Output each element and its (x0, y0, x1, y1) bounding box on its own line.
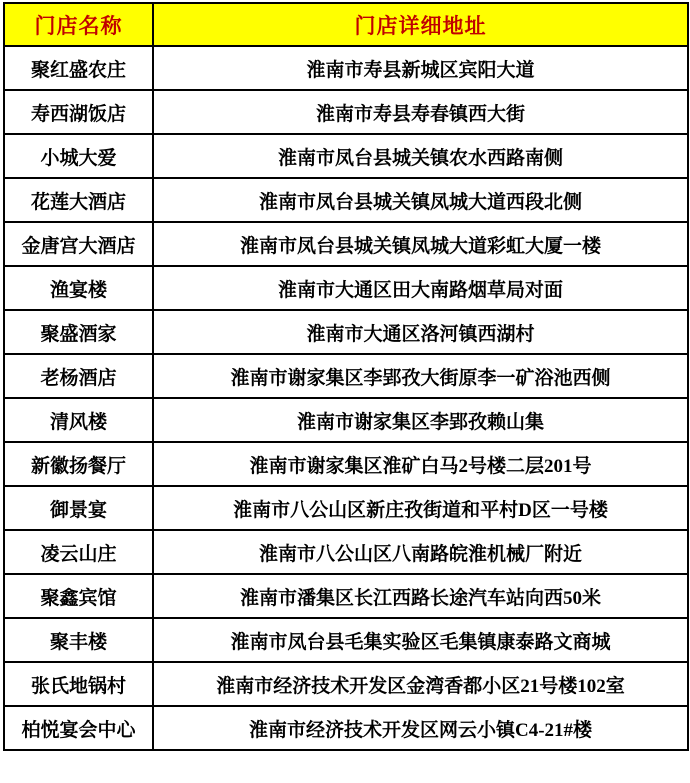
store-address-cell: 淮南市大通区洛河镇西湖村 (153, 310, 688, 354)
store-name-cell: 聚丰楼 (4, 618, 153, 662)
header-store-name: 门店名称 (4, 3, 153, 46)
table-row: 清风楼淮南市谢家集区李郢孜赖山集 (4, 398, 688, 442)
store-name-cell: 聚鑫宾馆 (4, 574, 153, 618)
table-row: 柏悦宴会中心淮南市经济技术开发区网云小镇C4-21#楼 (4, 706, 688, 750)
store-name-cell: 张氏地锅村 (4, 662, 153, 706)
store-name-cell: 柏悦宴会中心 (4, 706, 153, 750)
store-name-cell: 聚盛酒家 (4, 310, 153, 354)
store-address-cell: 淮南市八公山区八南路皖淮机械厂附近 (153, 530, 688, 574)
table-row: 金唐宫大酒店淮南市凤台县城关镇凤城大道彩虹大厦一楼 (4, 222, 688, 266)
table-row: 聚盛酒家淮南市大通区洛河镇西湖村 (4, 310, 688, 354)
store-address-cell: 淮南市经济技术开发区金湾香都小区21号楼102室 (153, 662, 688, 706)
store-address-cell: 淮南市经济技术开发区网云小镇C4-21#楼 (153, 706, 688, 750)
table-row: 新徽扬餐厅淮南市谢家集区淮矿白马2号楼二层201号 (4, 442, 688, 486)
store-address-cell: 淮南市凤台县毛集实验区毛集镇康泰路文商城 (153, 618, 688, 662)
store-address-table-container: 门店名称 门店详细地址 聚红盛农庄淮南市寿县新城区宾阳大道寿西湖饭店淮南市寿县寿… (3, 2, 689, 751)
store-name-cell: 金唐宫大酒店 (4, 222, 153, 266)
store-name-cell: 御景宴 (4, 486, 153, 530)
store-address-cell: 淮南市八公山区新庄孜街道和平村D区一号楼 (153, 486, 688, 530)
store-name-cell: 寿西湖饭店 (4, 90, 153, 134)
store-name-cell: 新徽扬餐厅 (4, 442, 153, 486)
table-row: 御景宴淮南市八公山区新庄孜街道和平村D区一号楼 (4, 486, 688, 530)
store-table-body: 聚红盛农庄淮南市寿县新城区宾阳大道寿西湖饭店淮南市寿县寿春镇西大街小城大爱淮南市… (4, 46, 688, 750)
table-row: 聚红盛农庄淮南市寿县新城区宾阳大道 (4, 46, 688, 90)
store-name-cell: 渔宴楼 (4, 266, 153, 310)
store-address-cell: 淮南市谢家集区淮矿白马2号楼二层201号 (153, 442, 688, 486)
store-address-cell: 淮南市凤台县城关镇凤城大道西段北侧 (153, 178, 688, 222)
store-name-cell: 清风楼 (4, 398, 153, 442)
store-name-cell: 聚红盛农庄 (4, 46, 153, 90)
store-name-cell: 小城大爱 (4, 134, 153, 178)
table-row: 聚丰楼淮南市凤台县毛集实验区毛集镇康泰路文商城 (4, 618, 688, 662)
store-address-cell: 淮南市谢家集区李郢孜大街原李一矿浴池西侧 (153, 354, 688, 398)
table-header-row: 门店名称 门店详细地址 (4, 3, 688, 46)
header-store-address: 门店详细地址 (153, 3, 688, 46)
table-row: 张氏地锅村淮南市经济技术开发区金湾香都小区21号楼102室 (4, 662, 688, 706)
store-address-cell: 淮南市凤台县城关镇农水西路南侧 (153, 134, 688, 178)
store-name-cell: 花莲大酒店 (4, 178, 153, 222)
store-address-cell: 淮南市谢家集区李郢孜赖山集 (153, 398, 688, 442)
table-row: 小城大爱淮南市凤台县城关镇农水西路南侧 (4, 134, 688, 178)
store-name-cell: 老杨酒店 (4, 354, 153, 398)
store-address-cell: 淮南市寿县寿春镇西大街 (153, 90, 688, 134)
store-address-cell: 淮南市凤台县城关镇凤城大道彩虹大厦一楼 (153, 222, 688, 266)
store-address-cell: 淮南市潘集区长江西路长途汽车站向西50米 (153, 574, 688, 618)
store-address-cell: 淮南市寿县新城区宾阳大道 (153, 46, 688, 90)
store-name-cell: 凌云山庄 (4, 530, 153, 574)
store-address-table: 门店名称 门店详细地址 聚红盛农庄淮南市寿县新城区宾阳大道寿西湖饭店淮南市寿县寿… (3, 2, 689, 751)
table-row: 老杨酒店淮南市谢家集区李郢孜大街原李一矿浴池西侧 (4, 354, 688, 398)
table-row: 寿西湖饭店淮南市寿县寿春镇西大街 (4, 90, 688, 134)
table-row: 渔宴楼淮南市大通区田大南路烟草局对面 (4, 266, 688, 310)
table-row: 聚鑫宾馆淮南市潘集区长江西路长途汽车站向西50米 (4, 574, 688, 618)
table-row: 花莲大酒店淮南市凤台县城关镇凤城大道西段北侧 (4, 178, 688, 222)
table-row: 凌云山庄淮南市八公山区八南路皖淮机械厂附近 (4, 530, 688, 574)
store-address-cell: 淮南市大通区田大南路烟草局对面 (153, 266, 688, 310)
